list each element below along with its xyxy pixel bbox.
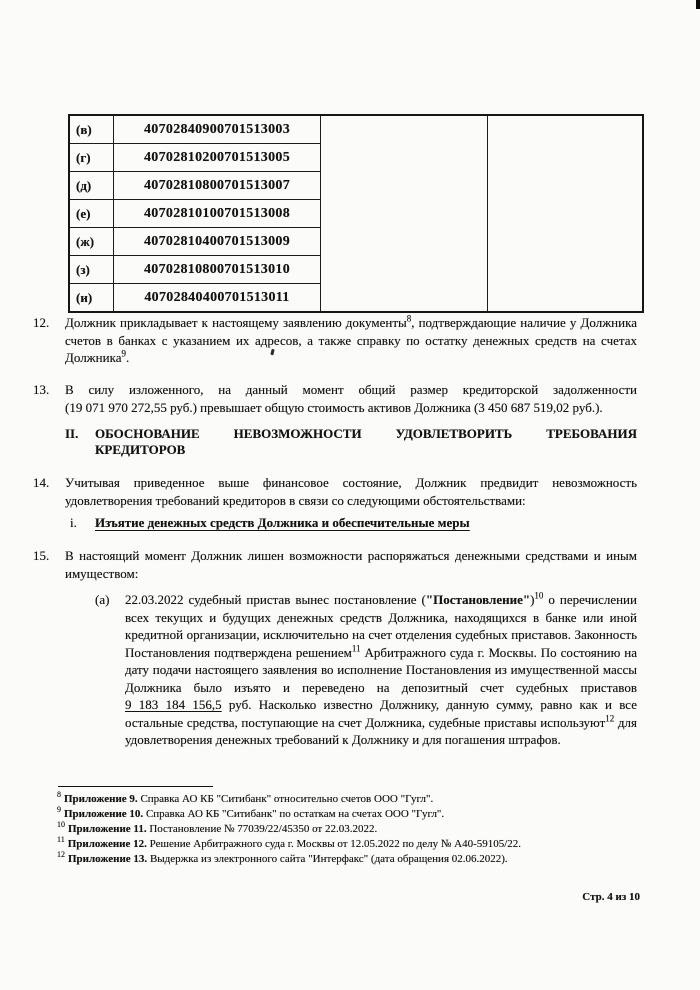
footnote-label: Приложение 10.	[64, 808, 143, 820]
footnote: 12Приложение 13. Выдержка из электронног…	[57, 852, 649, 867]
row-letter: (г)	[69, 144, 114, 172]
footnote-text: Справка АО КБ "Ситибанк" относительно сч…	[138, 793, 434, 805]
footnote-divider	[58, 786, 213, 787]
section-title-line1: ОБОСНОВАНИЕ НЕВОЗМОЖНОСТИ УДОВЛЕТВОРИТЬ …	[95, 426, 637, 442]
footnote-number: 12	[57, 850, 65, 859]
section-heading-2: II. ОБОСНОВАНИЕ НЕВОЗМОЖНОСТИ УДОВЛЕТВОР…	[65, 426, 637, 458]
text-segment: Должник прикладывает к настоящему заявле…	[65, 315, 407, 330]
paragraph-12: 12. Должник прикладывает к настоящему за…	[33, 314, 637, 367]
paragraph-text: Должник прикладывает к настоящему заявле…	[65, 314, 637, 367]
paragraph-number: 13.	[33, 381, 49, 399]
account-number: 40702810400701513009	[114, 228, 321, 256]
account-number: 40702810100701513008	[114, 200, 321, 228]
paragraph-text: 22.03.2022 судебный пристав вынес постан…	[125, 591, 637, 749]
footnote-number: 8	[57, 790, 61, 799]
table-row: (в) 40702840900701513003	[69, 115, 643, 144]
section-title-line2: КРЕДИТОРОВ	[95, 442, 637, 458]
paragraph-number: 15.	[33, 547, 49, 565]
footnote-number: 10	[57, 820, 65, 829]
subsection-i-heading: i. Изъятие денежных средств Должника и о…	[70, 514, 637, 532]
footnote-label: Приложение 12.	[68, 838, 147, 850]
empty-column-cell	[321, 115, 488, 312]
footnote-text: Решение Арбитражного суда г. Москвы от 1…	[147, 838, 521, 850]
row-letter: (е)	[69, 200, 114, 228]
footnote-label: Приложение 9.	[64, 793, 138, 805]
account-number: 40702840900701513003	[114, 115, 321, 144]
subsection-title: Изъятие денежных средств Должника и обес…	[95, 514, 637, 532]
page-number-label: Стр. 4 из 10	[470, 891, 640, 903]
text-segment-underlined: 9 183 184 156,5	[125, 697, 222, 712]
footnote: 9Приложение 10. Справка АО КБ "Ситибанк"…	[57, 807, 649, 822]
account-number: 40702840400701513011	[114, 284, 321, 313]
paragraph-text: В настоящий момент Должник лишен возможн…	[65, 547, 637, 582]
paragraph-14: 14. Учитывая приведенное выше финансовое…	[33, 474, 637, 509]
footnote-text: Справка АО КБ "Ситибанк" по остаткам на …	[143, 808, 444, 820]
accounts-table: (в) 40702840900701513003 (г) 40702810200…	[68, 114, 644, 313]
paragraph-letter: (а)	[95, 591, 109, 609]
footnote: 8Приложение 9. Справка АО КБ "Ситибанк" …	[57, 792, 649, 807]
footnote-label: Приложение 11.	[68, 823, 147, 835]
account-number: 40702810200701513005	[114, 144, 321, 172]
paragraph-number: 14.	[33, 474, 49, 492]
paragraph-text: Учитывая приведенное выше финансовое сос…	[65, 474, 637, 509]
footnote-text: Постановление № 77039/22/45350 от 22.03.…	[147, 823, 378, 835]
row-letter: (в)	[69, 115, 114, 144]
paragraph-13: 13. В силу изложенного, на данный момент…	[33, 381, 637, 416]
footnote-ref: 11	[352, 643, 361, 653]
paragraph-15: 15. В настоящий момент Должник лишен воз…	[33, 547, 637, 582]
text-segment: 22.03.2022 судебный пристав вынес постан…	[125, 592, 426, 607]
footnote-text: Выдержка из электронного сайта "Интерфак…	[147, 853, 507, 865]
account-number: 40702810800701513007	[114, 172, 321, 200]
scan-artifact-corner	[696, 0, 700, 9]
section-title: ОБОСНОВАНИЕ НЕВОЗМОЖНОСТИ УДОВЛЕТВОРИТЬ …	[95, 426, 637, 458]
row-letter: (и)	[69, 284, 114, 313]
text-segment: .	[126, 350, 129, 365]
empty-column-cell	[488, 115, 644, 312]
section-number: II.	[65, 426, 78, 442]
footnotes-block: 8Приложение 9. Справка АО КБ "Ситибанк" …	[57, 792, 649, 867]
row-letter: (з)	[69, 256, 114, 284]
account-number: 40702810800701513010	[114, 256, 321, 284]
footnote: 10Приложение 11. Постановление № 77039/2…	[57, 822, 649, 837]
paragraph-number: 12.	[33, 314, 49, 332]
scanned-document-page: (в) 40702840900701513003 (г) 40702810200…	[0, 0, 700, 990]
footnote-label: Приложение 13.	[68, 853, 147, 865]
footnote-ref: 12	[605, 713, 614, 723]
text-segment-bold: "Постановление"	[426, 592, 530, 607]
paragraph-15a: (а) 22.03.2022 судебный пристав вынес по…	[95, 591, 637, 749]
paragraph-text: В силу изложенного, на данный момент общ…	[65, 381, 637, 416]
subsection-number: i.	[70, 514, 77, 532]
row-letter: (ж)	[69, 228, 114, 256]
row-letter: (д)	[69, 172, 114, 200]
footnote-number: 9	[57, 805, 61, 814]
footnote: 11Приложение 12. Решение Арбитражного су…	[57, 837, 649, 852]
footnote-number: 11	[57, 835, 65, 844]
